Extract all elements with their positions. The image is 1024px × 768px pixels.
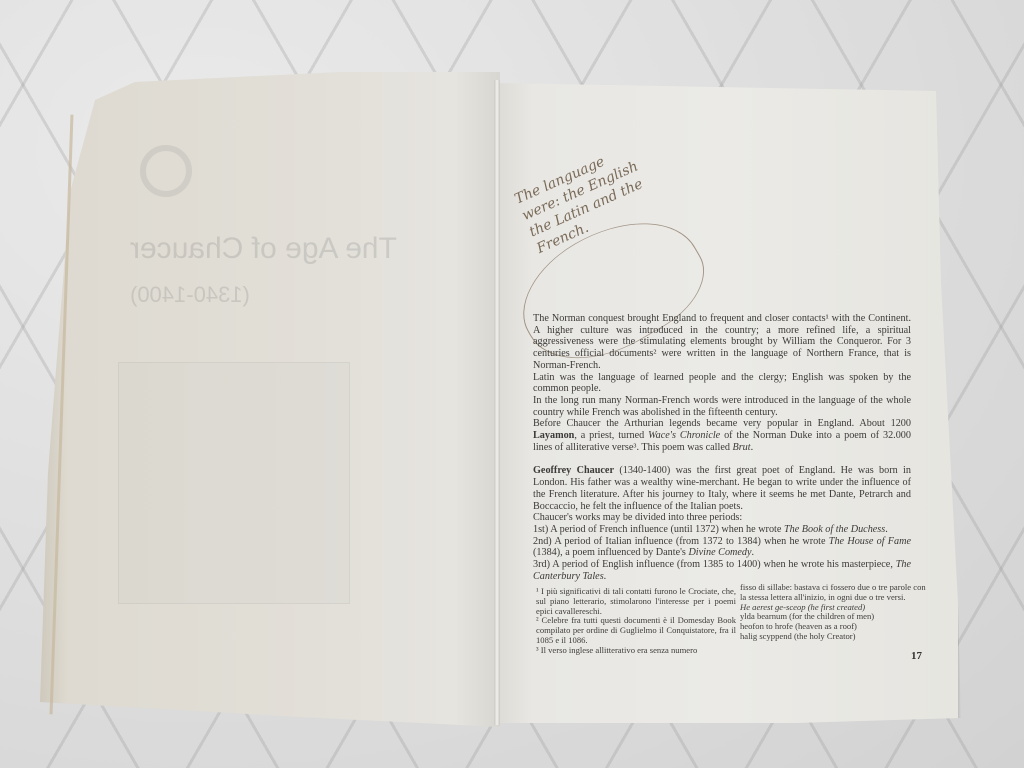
periods-intro: Chaucer's works may be divided into thre… [533,512,911,524]
verse-line-4: halig scyppend (the holy Creator) [740,632,930,642]
showthrough-title: The Age of Chaucer [130,232,397,266]
footnote-2: ² Celebre fra tutti questi documenti è i… [536,616,736,645]
footnotes-left: ¹ I più significativi di tali contatti f… [536,587,736,656]
open-book: The Age of Chaucer (1340-1400) The langu… [0,0,1024,768]
showthrough-illustration [118,362,350,604]
showthrough-dates: (1340-1400) [130,282,250,308]
layamon-name: Layamon [533,430,574,441]
period-1: 1st) A period of French influence (until… [533,524,911,536]
page-number: 17 [911,650,922,662]
footnotes-right: fisso di sillabe: bastava ci fossero due… [740,583,930,642]
showthrough-logo [140,145,192,197]
footnote-3-continued: fisso di sillabe: bastava ci fossero due… [740,583,930,603]
book-gutter [494,80,500,725]
footnote-1: ¹ I più significativi di tali contatti f… [536,587,736,616]
page-body: The Norman conquest brought England to f… [533,313,911,582]
paragraph-norman-conquest: The Norman conquest brought England to f… [533,313,911,372]
period-3: 3rd) A period of English influence (from… [533,559,911,582]
paragraph-long-run: In the long run many Norman-French words… [533,395,911,418]
paragraph-arthurian: Before Chaucer the Arthurian legends bec… [533,418,911,453]
period-2: 2nd) A period of Italian influence (from… [533,536,911,559]
paragraph-chaucer: Geoffrey Chaucer (1340-1400) was the fir… [533,465,911,512]
chaucer-name: Geoffrey Chaucer [533,465,614,476]
footnote-3: ³ Il verso inglese allitterativo era sen… [536,646,736,656]
paragraph-latin: Latin was the language of learned people… [533,372,911,395]
